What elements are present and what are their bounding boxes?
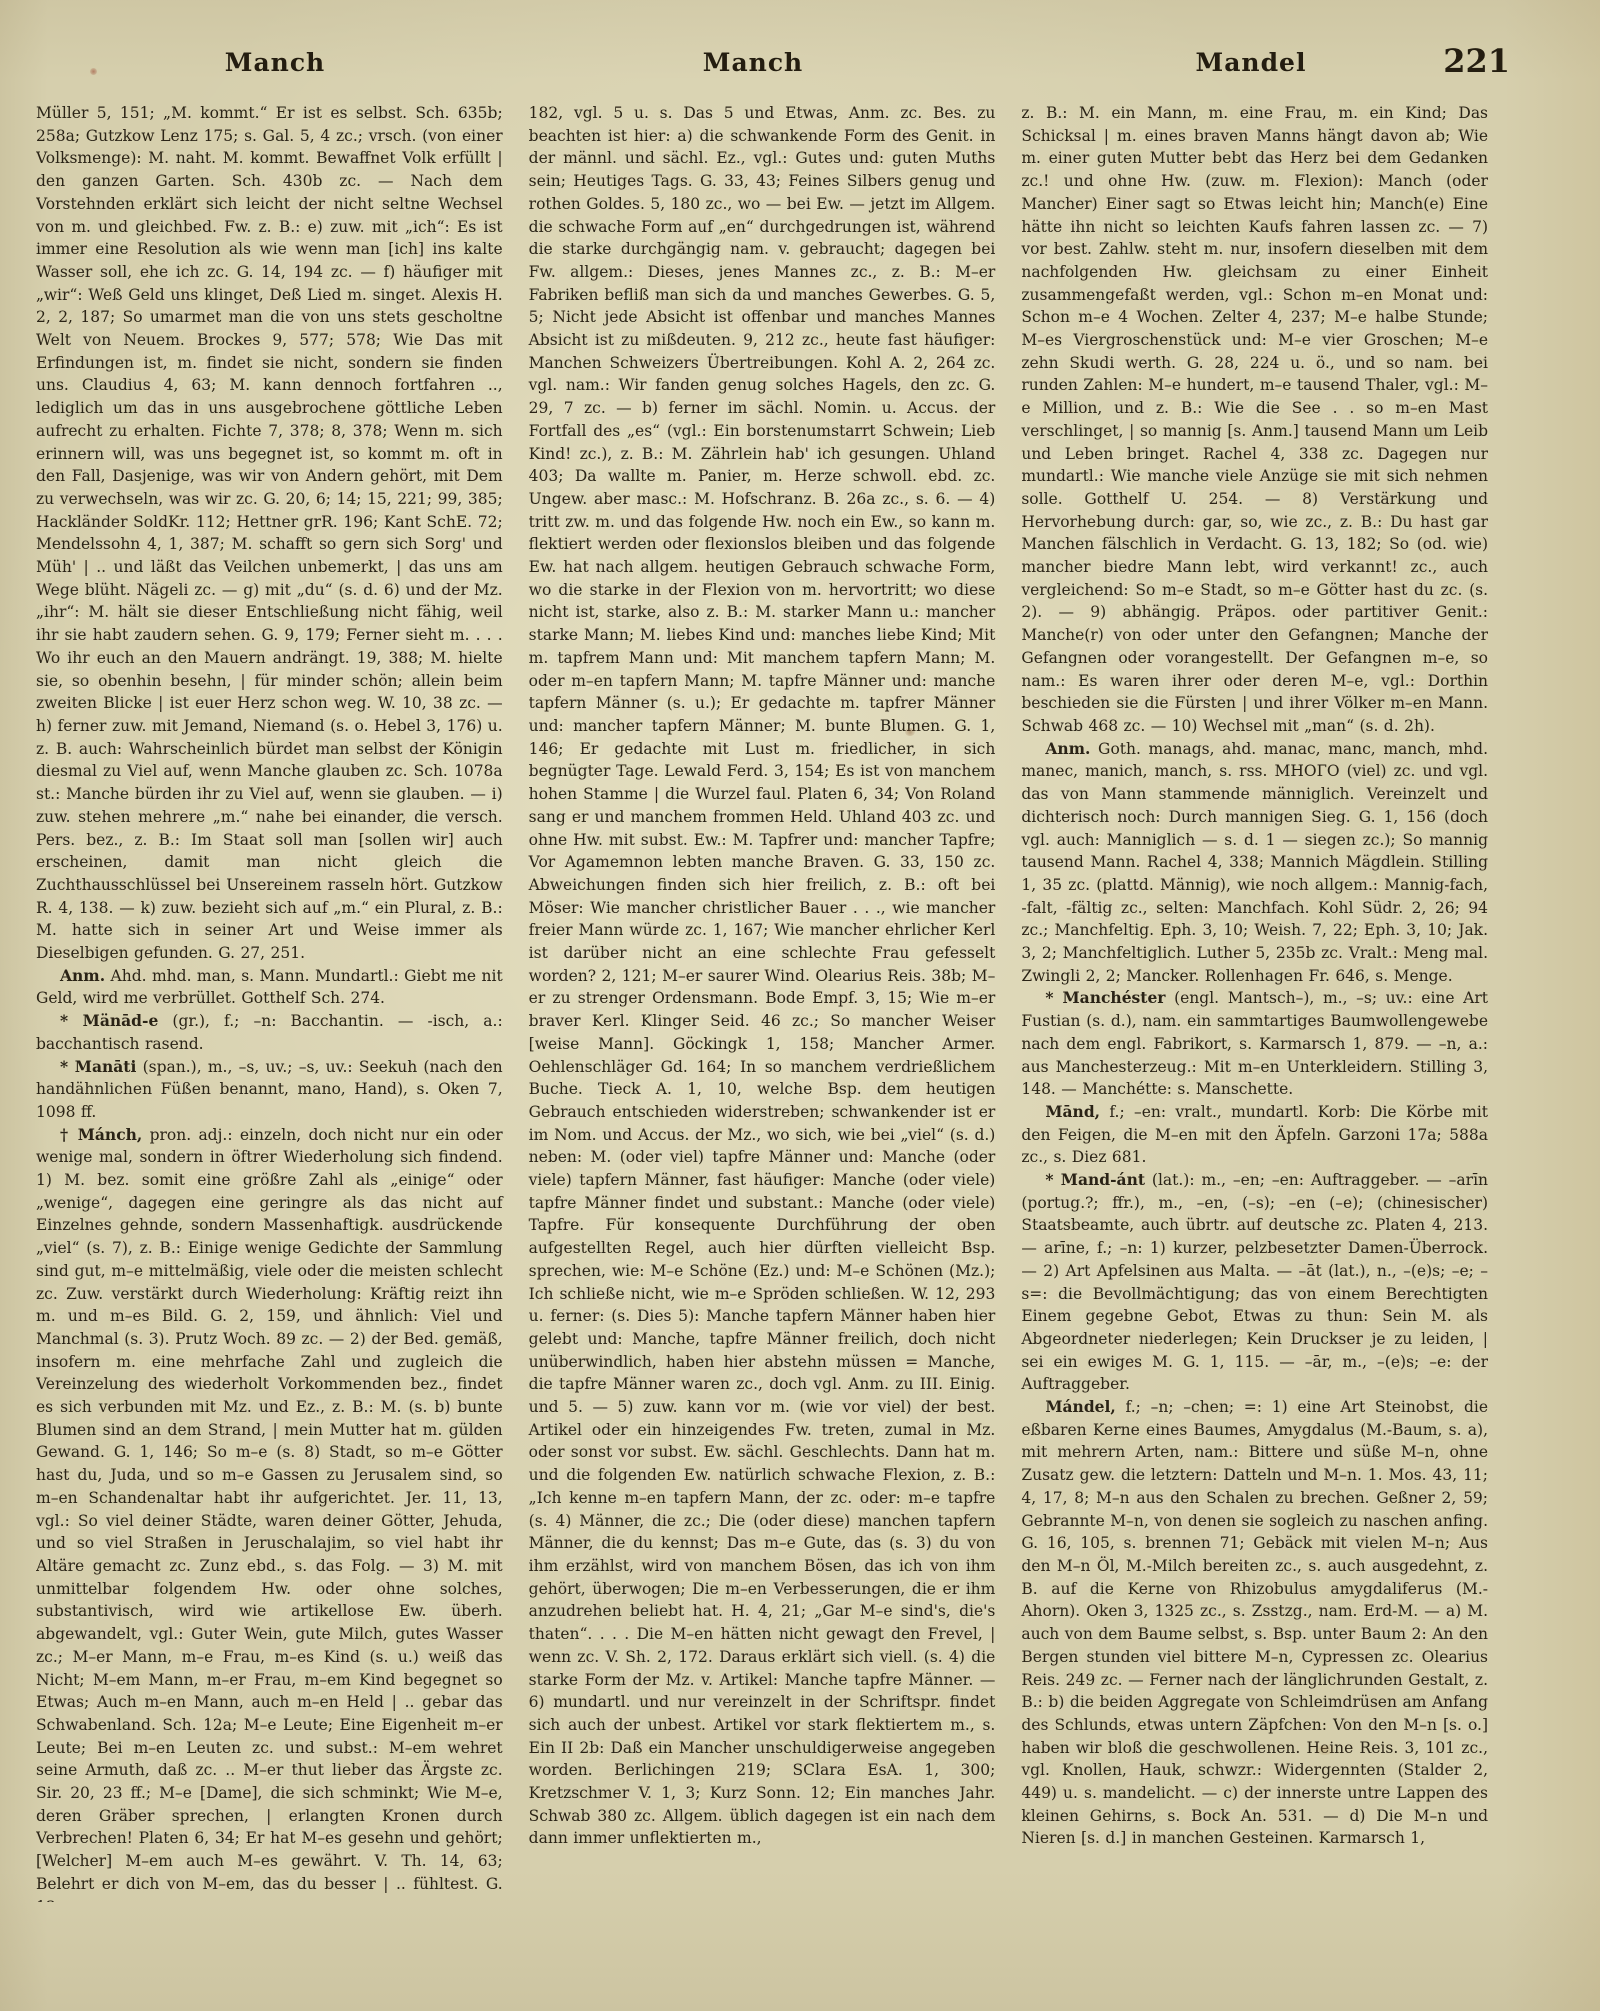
entry-headword: * Manchéster [1045,988,1165,1007]
paragraph: * Mänād-e (gr.), f.; –n: Bacchantin. — -… [36,1010,503,1055]
paragraph: z. B.: M. ein Mann, m. eine Frau, m. ein… [1021,102,1488,738]
running-title-right: Mandel [1086,48,1416,77]
entry-headword: Mānd, [1045,1102,1100,1121]
entry-headword: * Manāti [60,1057,136,1076]
paragraph: Mānd, f.; –en: vralt., mundartl. Korb: D… [1021,1101,1488,1169]
paragraph: 182, vgl. 5 u. s. Das 5 und Etwas, Anm. … [529,102,996,1850]
paragraph: Anm. Ahd. mhd. man, s. Mann. Mundartl.: … [36,965,503,1010]
paragraph: † Mánch, pron. adj.: einzeln, doch nicht… [36,1124,503,1902]
entry-headword: Anm. [1045,739,1090,758]
entry-headword: † Mánch, [60,1125,142,1144]
text-column-3: z. B.: M. ein Mann, m. eine Frau, m. ein… [1021,102,1488,1902]
text-column-2: 182, vgl. 5 u. s. Das 5 und Etwas, Anm. … [529,102,996,1902]
running-head: Manch Manch Mandel 221 [0,48,1600,92]
text-column-1: Müller 5, 151; „M. kommt.“ Er ist es sel… [36,102,503,1902]
paragraph: Müller 5, 151; „M. kommt.“ Er ist es sel… [36,102,503,965]
entry-headword: * Mand-ánt [1045,1170,1145,1189]
entry-headword: Anm. [60,966,105,985]
text-columns: Müller 5, 151; „M. kommt.“ Er ist es sel… [36,102,1488,1902]
dictionary-page: Manch Manch Mandel 221 Müller 5, 151; „M… [0,0,1600,2011]
entry-headword: Mándel, [1045,1397,1115,1416]
paragraph: * Mand-ánt (lat.): m., –en; –en: Auftrag… [1021,1169,1488,1396]
running-title-center: Manch [588,48,918,77]
paragraph: * Manāti (span.), m., –s, uv.; –s, uv.: … [36,1056,503,1124]
paragraph: Anm. Goth. manags, ahd. manac, manc, man… [1021,738,1488,988]
page-number: 221 [1380,42,1510,80]
paragraph: Mándel, f.; –n; –chen; =: 1) eine Art St… [1021,1396,1488,1850]
paragraph: * Manchéster (engl. Mantsch–), m., –s; u… [1021,987,1488,1101]
entry-headword: * Mänād-e [60,1011,158,1030]
running-title-left: Manch [110,48,440,77]
